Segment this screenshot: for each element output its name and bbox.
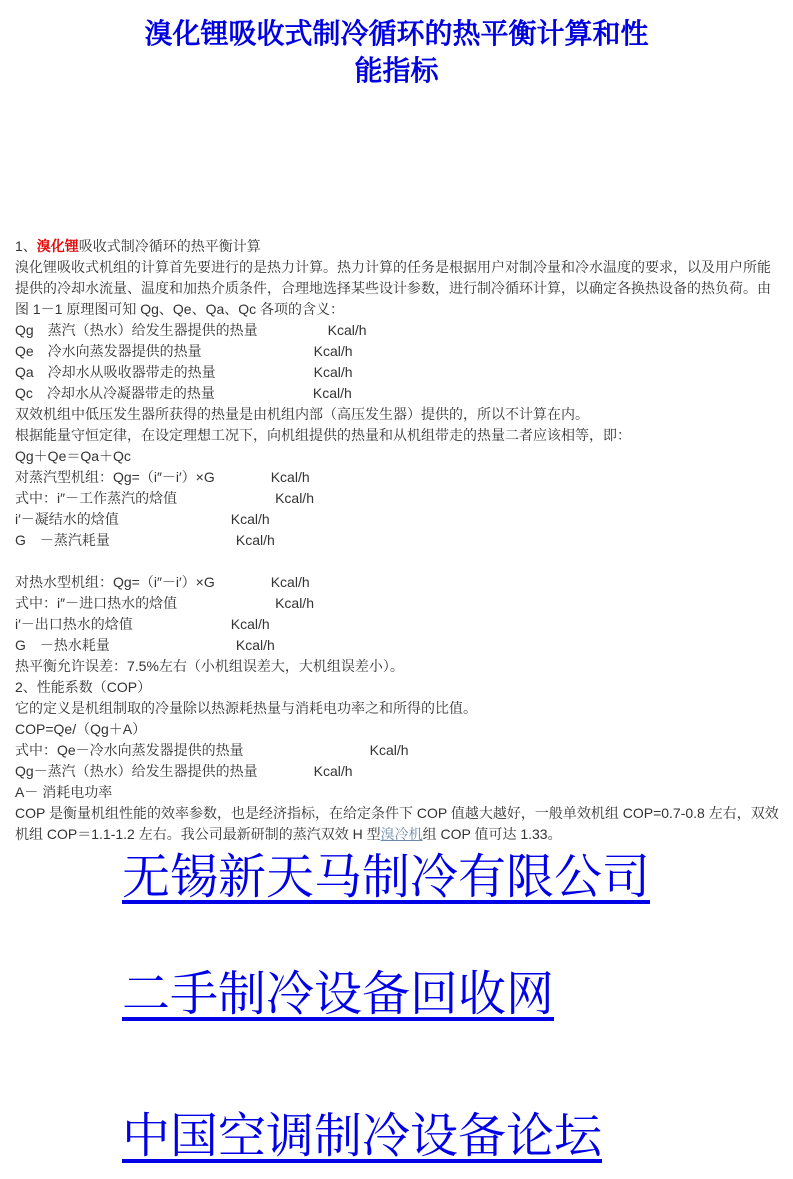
footer-links: 无锡新天马制冷有限公司 二手制冷设备回收网 中国空调制冷设备论坛 [122, 847, 793, 1168]
page-title-line-2: 能指标 [0, 53, 793, 90]
text-line: i′－出口热水的焓值 Kcal/h [15, 614, 779, 635]
link-wuxi-xintianma-company[interactable]: 无锡新天马制冷有限公司 [122, 847, 650, 909]
title-body-spacer [0, 90, 793, 236]
text-line: Qg－蒸汽（热水）给发生器提供的热量 Kcal/h [15, 761, 779, 782]
text-line: G －蒸汽耗量 Kcal/h [15, 530, 779, 551]
section-1-keyword-highlight: 溴化锂 [37, 238, 79, 254]
text-line: 根据能量守恒定律，在设定理想工况下，向机组提供的热量和从机组带走的热量二者应该相… [15, 425, 779, 446]
text-line: 双效机组中低压发生器所获得的热量是由机组内部（高压发生器）提供的，所以不计算在内… [15, 404, 779, 425]
cop-tail-after: 组 COP 值可达 1.33。 [423, 826, 562, 842]
cop-tail-before: 机组 COP＝1.1-1.2 左右。我公司最新研制的蒸汽双效 H 型 [15, 826, 381, 842]
text-line: 提供的冷却水流量、温度和加热介质条件，合理地选择某些设计参数，进行制冷循环计算，… [15, 278, 779, 299]
section-1-heading: 1、溴化锂吸收式制冷循环的热平衡计算 [15, 236, 779, 257]
blank-line [15, 551, 779, 572]
text-line-qg-definition: Qg 蒸汽（热水）给发生器提供的热量 Kcal/h [15, 320, 779, 341]
link-secondhand-refrigeration-recycle[interactable]: 二手制冷设备回收网 [122, 964, 554, 1026]
page-title-line-1: 溴化锂吸收式制冷循环的热平衡计算和性 [0, 16, 793, 53]
text-line-energy-balance-formula: Qg＋Qe＝Qa＋Qc [15, 446, 779, 467]
text-line: i′－凝结水的焓值 Kcal/h [15, 509, 779, 530]
text-line: 式中：i″－进口热水的焓值 Kcal/h [15, 593, 779, 614]
text-line: 溴化锂吸收式机组的计算首先要进行的是热力计算。热力计算的任务是根据用户对制冷量和… [15, 257, 779, 278]
section-2-heading: 2、性能系数（COP） [15, 677, 779, 698]
xiulengji-inline-link[interactable]: 溴冷机 [381, 826, 423, 842]
link-china-hvac-forum[interactable]: 中国空调制冷设备论坛 [122, 1106, 602, 1168]
text-line-cop-tail: 机组 COP＝1.1-1.2 左右。我公司最新研制的蒸汽双效 H 型溴冷机组 C… [15, 824, 779, 845]
text-line-steam-formula: 对蒸汽型机组：Qg=（i″－i′）×G Kcal/h [15, 467, 779, 488]
text-line: COP 是衡量机组性能的效率参数，也是经济指标，在给定条件下 COP 值越大越好… [15, 803, 779, 824]
text-line: 式中：i″－工作蒸汽的焓值 Kcal/h [15, 488, 779, 509]
section-1-heading-rest: 吸收式制冷循环的热平衡计算 [79, 238, 261, 254]
text-line: 式中：Qe－冷水向蒸发器提供的热量 Kcal/h [15, 740, 779, 761]
text-line: 它的定义是机组制取的冷量除以热源耗热量与消耗电功率之和所得的比值。 [15, 698, 779, 719]
text-line: 热平衡允许误差：7.5%左右（小机组误差大，大机组误差小）。 [15, 656, 779, 677]
text-line: 图 1－1 原理图可知 Qg、Qe、Qa、Qc 各项的含义： [15, 299, 779, 320]
text-line-cop-formula: COP=Qe/（Qg＋A） [15, 719, 779, 740]
text-line: G －热水耗量 Kcal/h [15, 635, 779, 656]
page-title: 溴化锂吸收式制冷循环的热平衡计算和性 能指标 [0, 0, 793, 90]
section-1-number: 1、 [15, 238, 37, 254]
body-text: 1、溴化锂吸收式制冷循环的热平衡计算 溴化锂吸收式机组的计算首先要进行的是热力计… [15, 236, 779, 845]
text-line-qa-definition: Qa 冷却水从吸收器带走的热量 Kcal/h [15, 362, 779, 383]
text-line-hotwater-formula: 对热水型机组：Qg=（i″－i′）×G Kcal/h [15, 572, 779, 593]
text-line-qe-definition: Qe 冷水向蒸发器提供的热量 Kcal/h [15, 341, 779, 362]
text-line: A－ 消耗电功率 [15, 782, 779, 803]
text-line-qc-definition: Qc 冷却水从冷凝器带走的热量 Kcal/h [15, 383, 779, 404]
